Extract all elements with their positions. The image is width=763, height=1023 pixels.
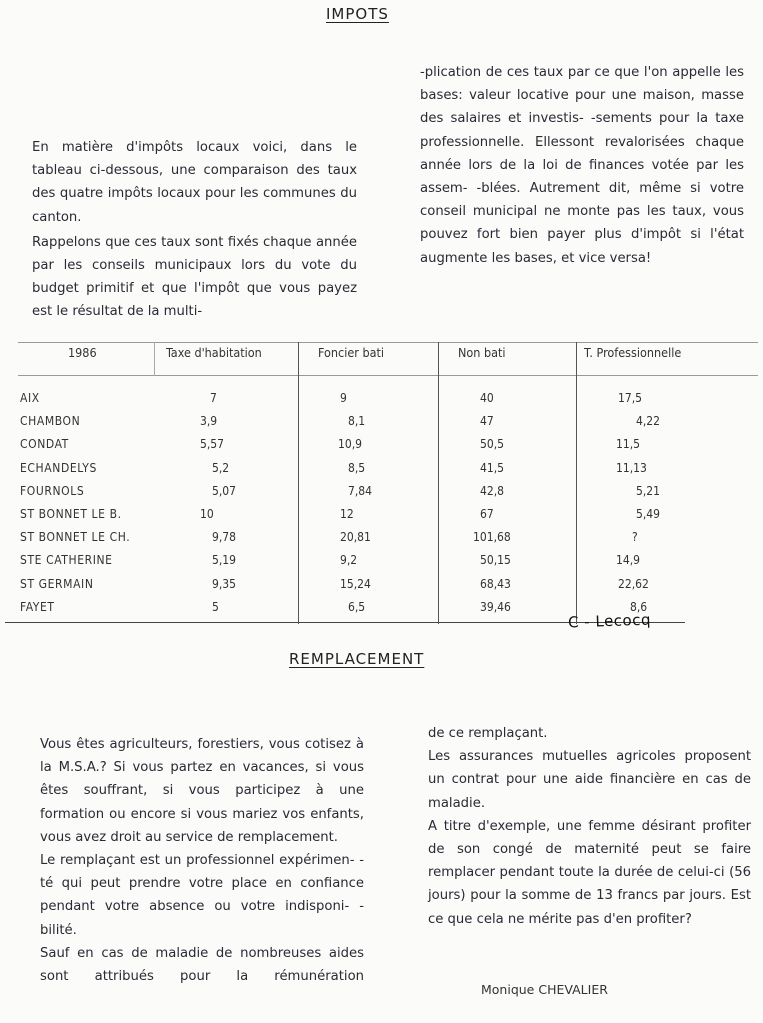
remplacement-left-paragraph: Le remplaçant est un professionnel expér… <box>40 849 364 942</box>
table-row-commune: ECHANDELYS <box>20 461 97 475</box>
impots-title: IMPOTS <box>326 5 389 23</box>
remplacement-left-paragraph: Vous êtes agriculteurs, forestiers, vous… <box>40 733 364 849</box>
impots-right-column: -plication de ces taux par ce que l'on a… <box>420 61 744 270</box>
table-row-commune: AIX <box>20 391 40 405</box>
table-cell: 5,49 <box>636 507 660 521</box>
table-row-commune: FAYET <box>20 600 55 614</box>
table-cell: 9,2 <box>340 553 357 567</box>
impots-right-paragraph: -plication de ces taux par ce que l'on a… <box>420 61 744 270</box>
table-cell: 3,9 <box>200 414 217 428</box>
table-header-cell: Foncier bati <box>318 345 384 360</box>
remplacement-title: REMPLACEMENT <box>289 650 424 668</box>
remplacement-left-paragraph: Sauf en cas de maladie de nombreuses aid… <box>40 942 364 988</box>
table-cell: 9 <box>340 391 347 405</box>
table-cell: 41,5 <box>480 461 504 475</box>
table-row-commune: CHAMBON <box>20 414 80 428</box>
table-row-commune: STE CATHERINE <box>20 553 113 567</box>
table-header-cell: 1986 <box>68 345 97 360</box>
table-cell: 47 <box>480 414 494 428</box>
table-cell: 42,8 <box>480 484 504 498</box>
impots-left-column: En matière d'impôts locaux voici, dans l… <box>32 136 357 324</box>
table-cell: 5 <box>212 600 219 614</box>
table-header-cell: T. Professionnelle <box>584 345 681 360</box>
table-cell: 5,07 <box>212 484 236 498</box>
remplacement-right-paragraph: de ce remplaçant. <box>428 722 751 745</box>
table-header-cell: Non bati <box>458 345 506 360</box>
tax-rates-table: 1986Taxe d'habitationFoncier batiNon bat… <box>0 330 763 625</box>
remplacement-left-column: Vous êtes agriculteurs, forestiers, vous… <box>40 733 364 988</box>
impots-left-paragraph: Rappelons que ces taux sont fixés chaque… <box>32 231 357 324</box>
table-cell: 11,5 <box>616 437 640 451</box>
table-cell: 101,68 <box>473 530 511 544</box>
remplacement-right-column: de ce remplaçant. Les assurances mutuell… <box>428 722 751 931</box>
table-cell: 8,5 <box>348 461 365 475</box>
table-cell: 67 <box>480 507 494 521</box>
table-cell: 7,84 <box>348 484 372 498</box>
table-cell: 5,19 <box>212 553 236 567</box>
table-cell: 15,24 <box>340 577 371 591</box>
table-cell: 6,5 <box>348 600 365 614</box>
table-cell: 39,46 <box>480 600 511 614</box>
table-row-commune: ST BONNET LE B. <box>20 507 122 521</box>
table-cell: 20,81 <box>340 530 371 544</box>
table-cell: 12 <box>340 507 354 521</box>
table-cell: 5,2 <box>212 461 229 475</box>
table-cell: 11,13 <box>616 461 647 475</box>
table-cell: 5,21 <box>636 484 660 498</box>
table-cell: 14,9 <box>616 553 640 567</box>
table-cell: 50,15 <box>480 553 511 567</box>
table-header-cell: Taxe d'habitation <box>166 345 262 360</box>
author-name: Monique CHEVALIER <box>481 982 608 997</box>
table-row-commune: FOURNOLS <box>20 484 84 498</box>
table-cell: 10 <box>200 507 214 521</box>
table-cell: 8,1 <box>348 414 365 428</box>
table-signature: C - Lecocq <box>568 611 652 632</box>
table-row-commune: ST GERMAIN <box>20 577 94 591</box>
table-cell: 17,5 <box>618 391 642 405</box>
table-cell: 7 <box>210 391 217 405</box>
table-cell: ? <box>632 530 638 544</box>
impots-left-paragraph: En matière d'impôts locaux voici, dans l… <box>32 136 357 229</box>
table-cell: 4,22 <box>636 414 660 428</box>
table-cell: 10,9 <box>338 437 362 451</box>
table-cell: 40 <box>480 391 494 405</box>
table-cell: 9,35 <box>212 577 236 591</box>
table-row-commune: CONDAT <box>20 437 69 451</box>
table-cell: 9,78 <box>212 530 236 544</box>
table-cell: 5,57 <box>200 437 224 451</box>
remplacement-right-paragraph: Les assurances mutuelles agricoles propo… <box>428 745 751 815</box>
table-row-commune: ST BONNET LE CH. <box>20 530 130 544</box>
table-cell: 22,62 <box>618 577 649 591</box>
table-cell: 50,5 <box>480 437 504 451</box>
table-cell: 68,43 <box>480 577 511 591</box>
remplacement-right-paragraph: A titre d'exemple, une femme désirant pr… <box>428 815 751 931</box>
